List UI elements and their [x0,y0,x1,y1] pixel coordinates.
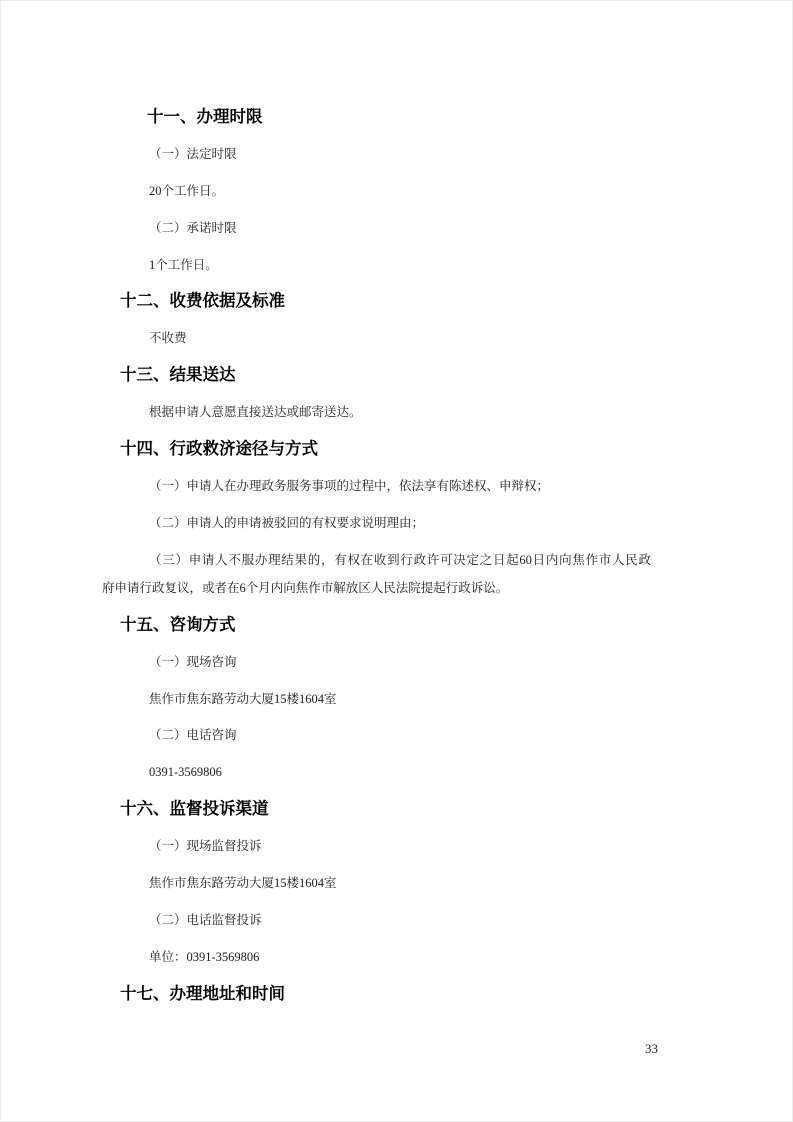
paragraph: （二）承诺时限 [102,214,694,242]
paragraph: （一）申请人在办理政务服务事项的过程中，依法享有陈述权、申辩权； [102,472,694,500]
paragraph: 单位：0391-3569806 [102,943,694,971]
paragraph: （一）现场监督投诉 [102,832,694,860]
paragraph: 0391-3569806 [102,758,694,786]
paragraph-line: 府申请行政复议，或者在6个月内向焦作市解放区人民法院提起行政诉讼。 [102,574,694,602]
paragraph: （二）电话咨询 [102,721,694,749]
paragraph: 1个工作日。 [102,251,694,279]
paragraph: 20个工作日。 [102,177,694,205]
paragraph: 不收费 [102,324,694,352]
paragraph: 根据申请人意愿直接送达或邮寄送达。 [102,398,694,426]
paragraph: （一）法定时限 [102,140,694,168]
paragraph: 焦作市焦东路劳动大厦15楼1604室 [102,685,694,713]
document-body: 十一、办理时限（一）法定时限20个工作日。（二）承诺时限1个工作日。十二、收费依… [102,103,694,1017]
section-heading: 十三、结果送达 [102,361,694,389]
paragraph: （三）申请人不服办理结果的，有权在收到行政许可决定之日起60日内向焦作市人民政府… [102,546,694,602]
paragraph: （二）电话监督投诉 [102,906,694,934]
document-page: 十一、办理时限（一）法定时限20个工作日。（二）承诺时限1个工作日。十二、收费依… [0,0,793,1122]
section-heading: 十一、办理时限 [102,103,694,131]
section-heading: 十四、行政救济途径与方式 [102,435,694,463]
section-heading: 十二、收费依据及标准 [102,287,694,315]
paragraph: （一）现场咨询 [102,648,694,676]
section-heading: 十七、办理地址和时间 [102,980,694,1008]
section-heading: 十六、监督投诉渠道 [102,795,694,823]
paragraph: 焦作市焦东路劳动大厦15楼1604室 [102,869,694,897]
section-heading: 十五、咨询方式 [102,611,694,639]
paragraph: （二）申请人的申请被驳回的有权要求说明理由； [102,509,694,537]
paragraph-line: （三）申请人不服办理结果的，有权在收到行政许可决定之日起60日内向焦作市人民政 [102,546,651,574]
page-number: 33 [645,1042,658,1056]
